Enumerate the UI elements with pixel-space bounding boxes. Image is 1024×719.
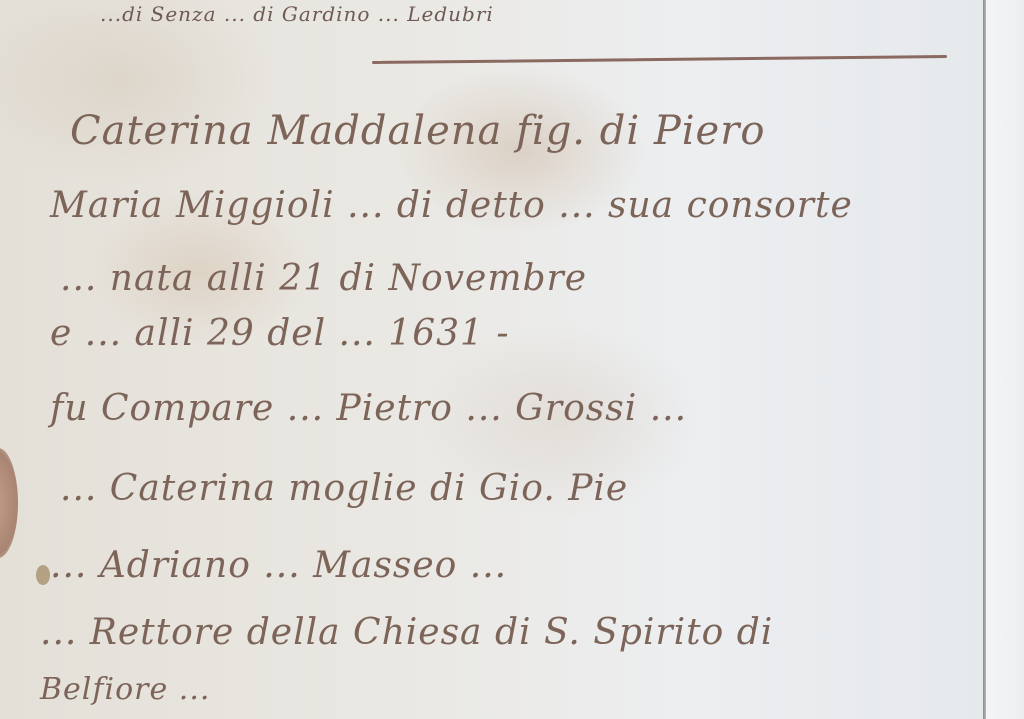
manuscript-line-2: Maria Miggioli ... di detto ... sua cons… xyxy=(50,185,853,226)
manuscript-line-9: Belfiore ... xyxy=(40,672,210,707)
manuscript-line-7: ... Adriano ... Masseo ... xyxy=(50,545,507,586)
adjacent-page xyxy=(986,0,1024,719)
manuscript-line-5: fu Compare ... Pietro ... Grossi ... xyxy=(50,388,687,429)
manuscript-line-6: ... Caterina moglie di Gio. Pie xyxy=(60,468,628,509)
manuscript-line-1: Caterina Maddalena fig. di Piero xyxy=(70,108,765,154)
manuscript-line-4: e ... alli 29 del ... 1631 - xyxy=(50,313,510,354)
header-fragment: ...di Senza ... di Gardino ... Ledubri xyxy=(100,2,494,26)
ink-blot xyxy=(36,565,50,585)
manuscript-line-3: ... nata alli 21 di Novembre xyxy=(60,258,587,299)
manuscript-line-8: ... Rettore della Chiesa di S. Spirito d… xyxy=(40,612,773,653)
